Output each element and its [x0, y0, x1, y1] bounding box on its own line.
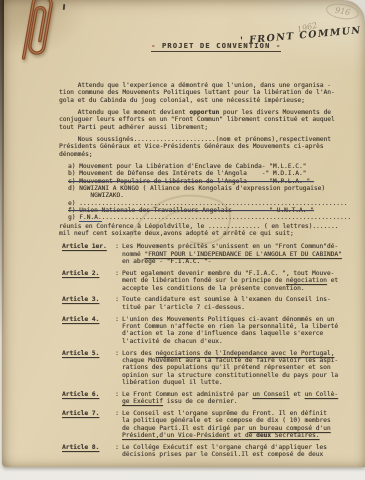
article-text: Le Conseil est l'organe suprême du Front…	[122, 410, 361, 439]
text-line: mil neuf cent soixante deux,avons adopté…	[59, 230, 361, 237]
text-line: conjuguer leurs efforts en un "Front Com…	[59, 116, 361, 123]
text-line: libération duquel il lutte.	[122, 379, 361, 386]
signatory-item: d) NGWIZANI A KONGO ( Alliance des Kongo…	[68, 185, 361, 200]
text-line: de chaque Parti.Il est dirigé par un bur…	[122, 425, 361, 432]
text-line: Les Mouvements précités s'unissent en un…	[122, 243, 361, 250]
article: Article 1er.:Les Mouvements précités s'u…	[62, 243, 361, 265]
article-separator: :	[112, 270, 122, 292]
text-line: ge Exécutif issu de ce dernier.	[122, 398, 361, 405]
text-line: Lors des négociations de l'Independance …	[122, 350, 361, 357]
text-line: b) Mouvement de Défense des Intérets de …	[68, 170, 361, 177]
article-label: Article 6.	[62, 391, 112, 406]
text-line: dénommés;	[59, 151, 361, 158]
article: Article 7.:Le Conseil est l'organe suprê…	[62, 410, 361, 439]
article-label: Article 2.	[62, 270, 112, 292]
signatory-item: e) .....................................…	[68, 200, 361, 207]
text-line: tion commune des Mouvements Politiques l…	[59, 89, 361, 96]
text-line: Toute candidature est soumise à l'examen…	[122, 296, 361, 303]
article: Article 2.:Peut egalement devenir membre…	[62, 270, 361, 292]
article-separator: :	[112, 444, 122, 459]
article-label: Article 5.	[62, 350, 112, 387]
article-separator: :	[112, 350, 122, 387]
article-text: Le Collége Exécutif est l'organe chargé …	[122, 444, 361, 459]
paragraph: Attendu que le moment devient opportun p…	[59, 109, 361, 131]
article-label: Article 4.	[62, 316, 112, 345]
text-line: accepte les conditions de la présente co…	[122, 285, 361, 292]
text-line: opinion sur la structure constitutionnel…	[122, 372, 361, 379]
text-line: la politique générale et se compose de d…	[122, 417, 361, 424]
signatory-item: c) Mouvement Populaire de Libération de …	[68, 178, 361, 185]
article-separator: :	[112, 391, 122, 406]
text-line: nommé "FRONT POUR L'INDEPENDANCE DE L'AN…	[122, 251, 361, 258]
text-line: g) F.N.A................................…	[68, 214, 361, 221]
preamble: Attendu que l'experience a démontré que …	[59, 82, 361, 158]
conference-line: réunis en Conférence à Léopoldville, le …	[59, 223, 361, 238]
text-line: c) Mouvement Populaire de Libération de …	[68, 178, 361, 185]
article-label: Article 8.	[62, 444, 112, 459]
paper-sheet: - PROJET DE CONVENTION - Attendu que l'e…	[2, 0, 365, 467]
text-line: tout Parti peut adhérer aussi librement;	[59, 124, 361, 131]
article-label: Article 1er.	[62, 243, 112, 265]
article-text: Lors des négociations de l'Independance …	[122, 350, 361, 387]
article-label: Article 3.	[62, 296, 112, 311]
article-text: Peut egalement devenir membre du "F.I.A.…	[122, 270, 361, 292]
signatories-list: a) Mouvement pour la Libération d'Enclav…	[68, 163, 361, 222]
article-label: Article 7.	[62, 410, 112, 439]
text-line: ment de libération fondé sur le principe…	[122, 277, 361, 284]
article-separator: :	[112, 410, 122, 439]
paragraph: Nous soussignés......................(no…	[59, 136, 361, 158]
text-line: l'activité de chacun d'eux.	[122, 338, 361, 345]
article-separator: :	[112, 243, 122, 265]
document-body: - PROJET DE CONVENTION - Attendu que l'e…	[2, 0, 365, 467]
text-line: titué par l'article 7 ci-dessous.	[122, 304, 361, 311]
article: Article 6.:Le Front Commun est administr…	[62, 391, 361, 406]
text-line: en abrégé - "F.I.A.C. "-	[122, 258, 361, 265]
signatory-item: b) Mouvement de Défense des Intérets de …	[68, 170, 361, 177]
articles: Article 1er.:Les Mouvements précités s'u…	[62, 243, 361, 458]
text-line: NGWIZAKO.	[68, 192, 361, 199]
article: Article 3.:Toute candidature est soumise…	[62, 296, 361, 311]
text-line: Président,d'un Vice-Président et de deux…	[122, 432, 361, 439]
article: Article 8.:Le Collége Exécutif est l'org…	[62, 444, 361, 459]
text-line: d'action et la zone d'influence dans laq…	[122, 330, 361, 337]
text-line: Présidents Généraux et Vice-Présidents G…	[59, 143, 361, 150]
text-line: Le Front Commun est administré par un Co…	[122, 391, 361, 398]
article-text: Les Mouvements précités s'unissent en un…	[122, 243, 361, 265]
paragraph: Attendu que l'experience a démontré que …	[59, 82, 361, 104]
article-text: Toute candidature est soumise à l'examen…	[122, 296, 361, 311]
signatory-item: g) F.N.A................................…	[68, 214, 361, 221]
article-separator: :	[112, 296, 122, 311]
text-line: gola et du Cabinda du joug colonial, est…	[59, 97, 361, 104]
article: Article 5.:Lors des négociations de l'In…	[62, 350, 361, 387]
text-line: décisions prises par le Conseil.Il est c…	[122, 451, 361, 458]
article-text: Le Front Commun est administré par un Co…	[122, 391, 361, 406]
document-scan: - PROJET DE CONVENTION - Attendu que l'e…	[0, 0, 365, 480]
article-text: L'union des Mouvements Politiques ci-ava…	[122, 316, 361, 345]
text-line: L'union des Mouvements Politiques ci-ava…	[122, 316, 361, 323]
text-line: e) .....................................…	[68, 200, 361, 207]
article: Article 4.:L'union des Mouvements Politi…	[62, 316, 361, 345]
text-line: réunis en Conférence à Léopoldville, le …	[59, 223, 361, 230]
text-line: rations des populations qu'il prétend ré…	[122, 364, 361, 371]
paperclip	[16, 0, 60, 68]
article-separator: :	[112, 316, 122, 345]
